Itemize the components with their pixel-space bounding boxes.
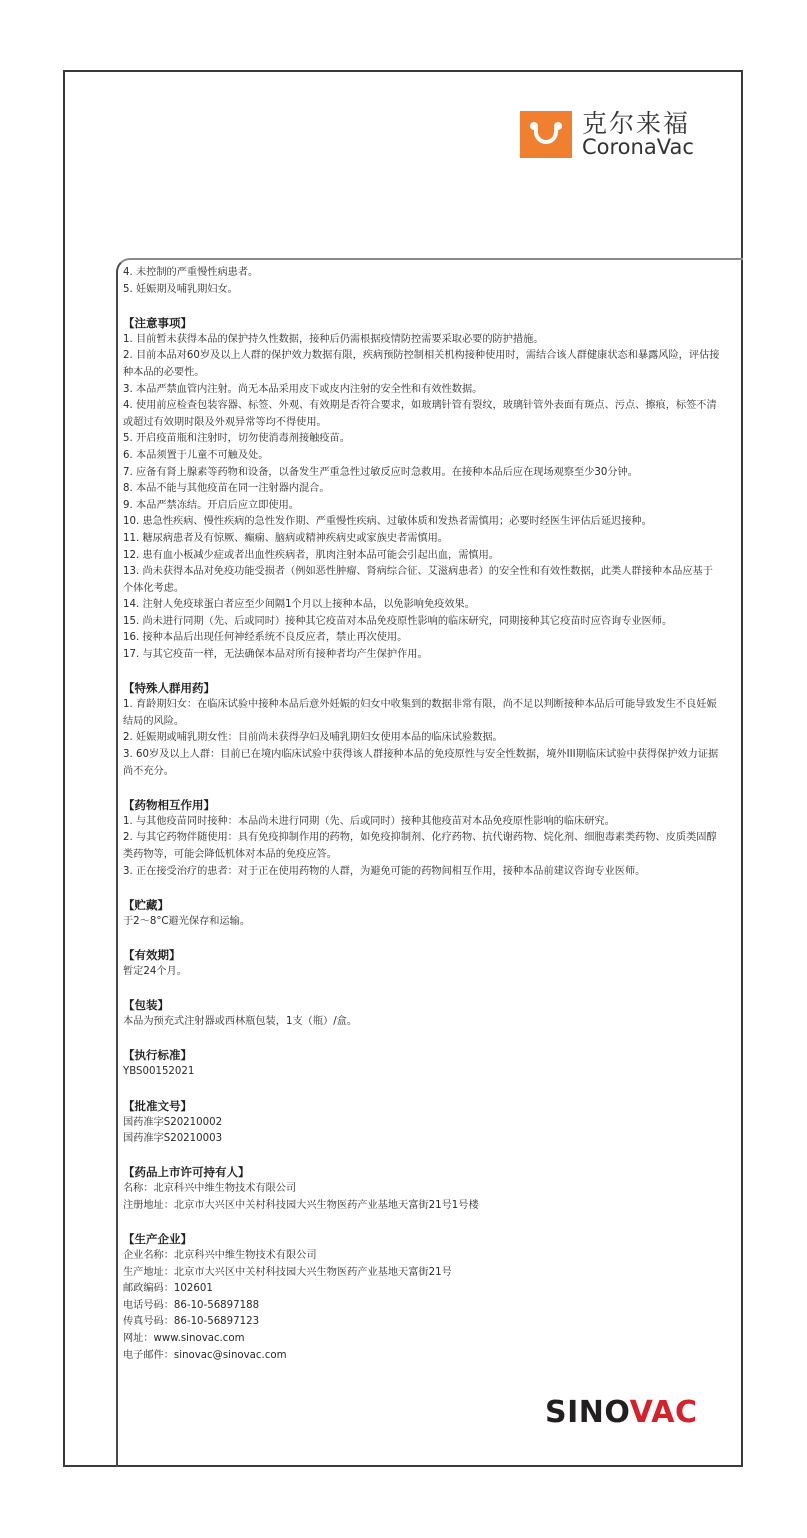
- list-item: 2. 与其它药物伴随使用：具有免疫抑制作用的药物，如免疫抑制剂、化疗药物、抗代谢…: [123, 830, 723, 863]
- contraindications-continued: 4. 未控制的严重慢性病患者。 5. 妊娠期及哺乳期妇女。: [123, 265, 723, 298]
- list-item: 9. 本品严禁冻结。开启后应立即使用。: [123, 498, 723, 515]
- section-title: 【有效期】: [123, 947, 723, 964]
- section-title: 【贮藏】: [123, 897, 723, 914]
- list-item: 1. 与其他疫苗同时接种：本品尚未进行同期（先、后或同时）接种其他疫苗对本品免疫…: [123, 814, 723, 831]
- list-item: 2. 目前本品对60岁及以上人群的保护效力数据有限，疾病预防控制相关机构接种使用…: [123, 348, 723, 381]
- approval-number: 国药准字S20210003: [123, 1131, 723, 1148]
- list-item: 3. 正在接受治疗的患者：对于正在使用药物的人群，为避免可能的药物间相互作用，接…: [123, 864, 723, 881]
- list-item: 3. 本品严禁血管内注射。尚无本品采用皮下或皮内注射的安全性和有效性数据。: [123, 382, 723, 399]
- list-item: 15. 尚未进行同期（先、后或同时）接种其它疫苗对本品免疫原性影响的临床研究，同…: [123, 614, 723, 631]
- list-item: 13. 尚未获得本品对免疫功能受损者（例如恶性肿瘤、肾病综合征、艾滋病患者）的安…: [123, 564, 723, 597]
- postal-code: 邮政编码：102601: [123, 1281, 723, 1298]
- standard-code: YBS00152021: [123, 1064, 723, 1081]
- list-item: 7. 应备有肾上腺素等药物和设备，以备发生严重急性过敏反应时急救用。在接种本品后…: [123, 465, 723, 482]
- product-name-en: CoronaVac: [582, 137, 694, 158]
- mah-name: 名称：北京科兴中维生物技术有限公司: [123, 1181, 723, 1198]
- sinovac-logo: SINOVAC: [545, 1395, 698, 1430]
- section-special-populations: 【特殊人群用药】 1. 育龄期妇女：在临床试验中接种本品后意外妊娠的妇女中收集到…: [123, 680, 723, 780]
- list-item: 17. 与其它疫苗一样，无法确保本品对所有接种者均产生保护作用。: [123, 647, 723, 664]
- sinovac-logo-red-part: VAC: [630, 1395, 698, 1430]
- approval-number: 国药准字S20210002: [123, 1115, 723, 1132]
- manufacturer-address: 生产地址：北京市大兴区中关村科技园大兴生物医药产业基地天富街21号: [123, 1265, 723, 1282]
- list-item: 2. 妊娠期或哺乳期女性：目前尚未获得孕妇及哺乳期妇女使用本品的临床试验数据。: [123, 730, 723, 747]
- section-title: 【药物相互作用】: [123, 797, 723, 814]
- list-item: 1. 目前暂未获得本品的保护持久性数据，接种后仍需根据疫情防控需要采取必要的防护…: [123, 332, 723, 349]
- coronavac-logo: 克尔来福 CoronaVac: [520, 111, 694, 158]
- list-item: 1. 育龄期妇女：在临床试验中接种本品后意外妊娠的妇女中收集到的数据非常有限，尚…: [123, 697, 723, 730]
- list-item: 12. 患有血小板减少症或者出血性疾病者，肌肉注射本品可能会引起出血，需慎用。: [123, 548, 723, 565]
- list-item: 6. 本品须置于儿童不可触及处。: [123, 448, 723, 465]
- email: 电子邮件：sinovac@sinovac.com: [123, 1348, 723, 1365]
- packaging-text: 本品为预充式注射器或西林瓶包装，1支（瓶）/盒。: [123, 1014, 723, 1031]
- list-item: 5. 开启疫苗瓶和注射时，切勿使消毒剂接触疫苗。: [123, 431, 723, 448]
- website: 网址：www.sinovac.com: [123, 1331, 723, 1348]
- mah-address: 注册地址：北京市大兴区中关村科技园大兴生物医药产业基地天富街21号1号楼: [123, 1198, 723, 1215]
- list-item: 4. 使用前应检查包装容器、标签、外观、有效期是否符合要求，如玻璃针管有裂纹，玻…: [123, 398, 723, 431]
- expiry-text: 暂定24个月。: [123, 964, 723, 981]
- section-interactions: 【药物相互作用】 1. 与其他疫苗同时接种：本品尚未进行同期（先、后或同时）接种…: [123, 797, 723, 880]
- section-title: 【生产企业】: [123, 1231, 723, 1248]
- storage-text: 于2～8°C避光保存和运输。: [123, 914, 723, 931]
- section-packaging: 【包装】 本品为预充式注射器或西林瓶包装，1支（瓶）/盒。: [123, 997, 723, 1031]
- section-title: 【药品上市许可持有人】: [123, 1164, 723, 1181]
- section-storage: 【贮藏】 于2～8°C避光保存和运输。: [123, 897, 723, 931]
- section-mah: 【药品上市许可持有人】 名称：北京科兴中维生物技术有限公司 注册地址：北京市大兴…: [123, 1164, 723, 1214]
- section-manufacturer: 【生产企业】 企业名称：北京科兴中维生物技术有限公司 生产地址：北京市大兴区中关…: [123, 1231, 723, 1364]
- phone-number: 电话号码：86-10-56897188: [123, 1298, 723, 1315]
- section-approval: 【批准文号】 国药准字S20210002 国药准字S20210003: [123, 1098, 723, 1148]
- smiley-icon: [520, 111, 572, 158]
- section-precautions: 【注意事项】 1. 目前暂未获得本品的保护持久性数据，接种后仍需根据疫情防控需要…: [123, 315, 723, 664]
- smiley-mouth: [534, 128, 558, 144]
- product-name-cn: 克尔来福: [582, 111, 694, 136]
- logo-wordmark: 克尔来福 CoronaVac: [582, 111, 694, 158]
- section-title: 【注意事项】: [123, 315, 723, 332]
- section-title: 【批准文号】: [123, 1098, 723, 1115]
- section-title: 【执行标准】: [123, 1047, 723, 1064]
- list-item: 8. 本品不能与其他疫苗在同一注射器内混合。: [123, 481, 723, 498]
- list-item: 10. 患急性疾病、慢性疾病的急性发作期、严重慢性疾病、过敏体质和发热者需慎用；…: [123, 514, 723, 531]
- section-title: 【特殊人群用药】: [123, 680, 723, 697]
- manufacturer-name: 企业名称：北京科兴中维生物技术有限公司: [123, 1248, 723, 1265]
- section-standard: 【执行标准】 YBS00152021: [123, 1047, 723, 1081]
- section-expiry: 【有效期】 暂定24个月。: [123, 947, 723, 981]
- leaflet-content: 4. 未控制的严重慢性病患者。 5. 妊娠期及哺乳期妇女。 【注意事项】 1. …: [123, 265, 723, 1364]
- list-item: 4. 未控制的严重慢性病患者。: [123, 265, 723, 282]
- list-item: 11. 糖尿病患者及有惊厥、癫痫、脑病或精神疾病史或家族史者需慎用。: [123, 531, 723, 548]
- fax-number: 传真号码：86-10-56897123: [123, 1314, 723, 1331]
- list-item: 14. 注射人免疫球蛋白者应至少间隔1个月以上接种本品，以免影响免疫效果。: [123, 597, 723, 614]
- sinovac-logo-dark-part: SINO: [545, 1395, 630, 1430]
- list-item: 3. 60岁及以上人群：目前已在境内临床试验中获得该人群接种本品的免疫原性与安全…: [123, 747, 723, 780]
- section-title: 【包装】: [123, 997, 723, 1014]
- list-item: 16. 接种本品后出现任何神经系统不良反应者，禁止再次使用。: [123, 630, 723, 647]
- list-item: 5. 妊娠期及哺乳期妇女。: [123, 282, 723, 299]
